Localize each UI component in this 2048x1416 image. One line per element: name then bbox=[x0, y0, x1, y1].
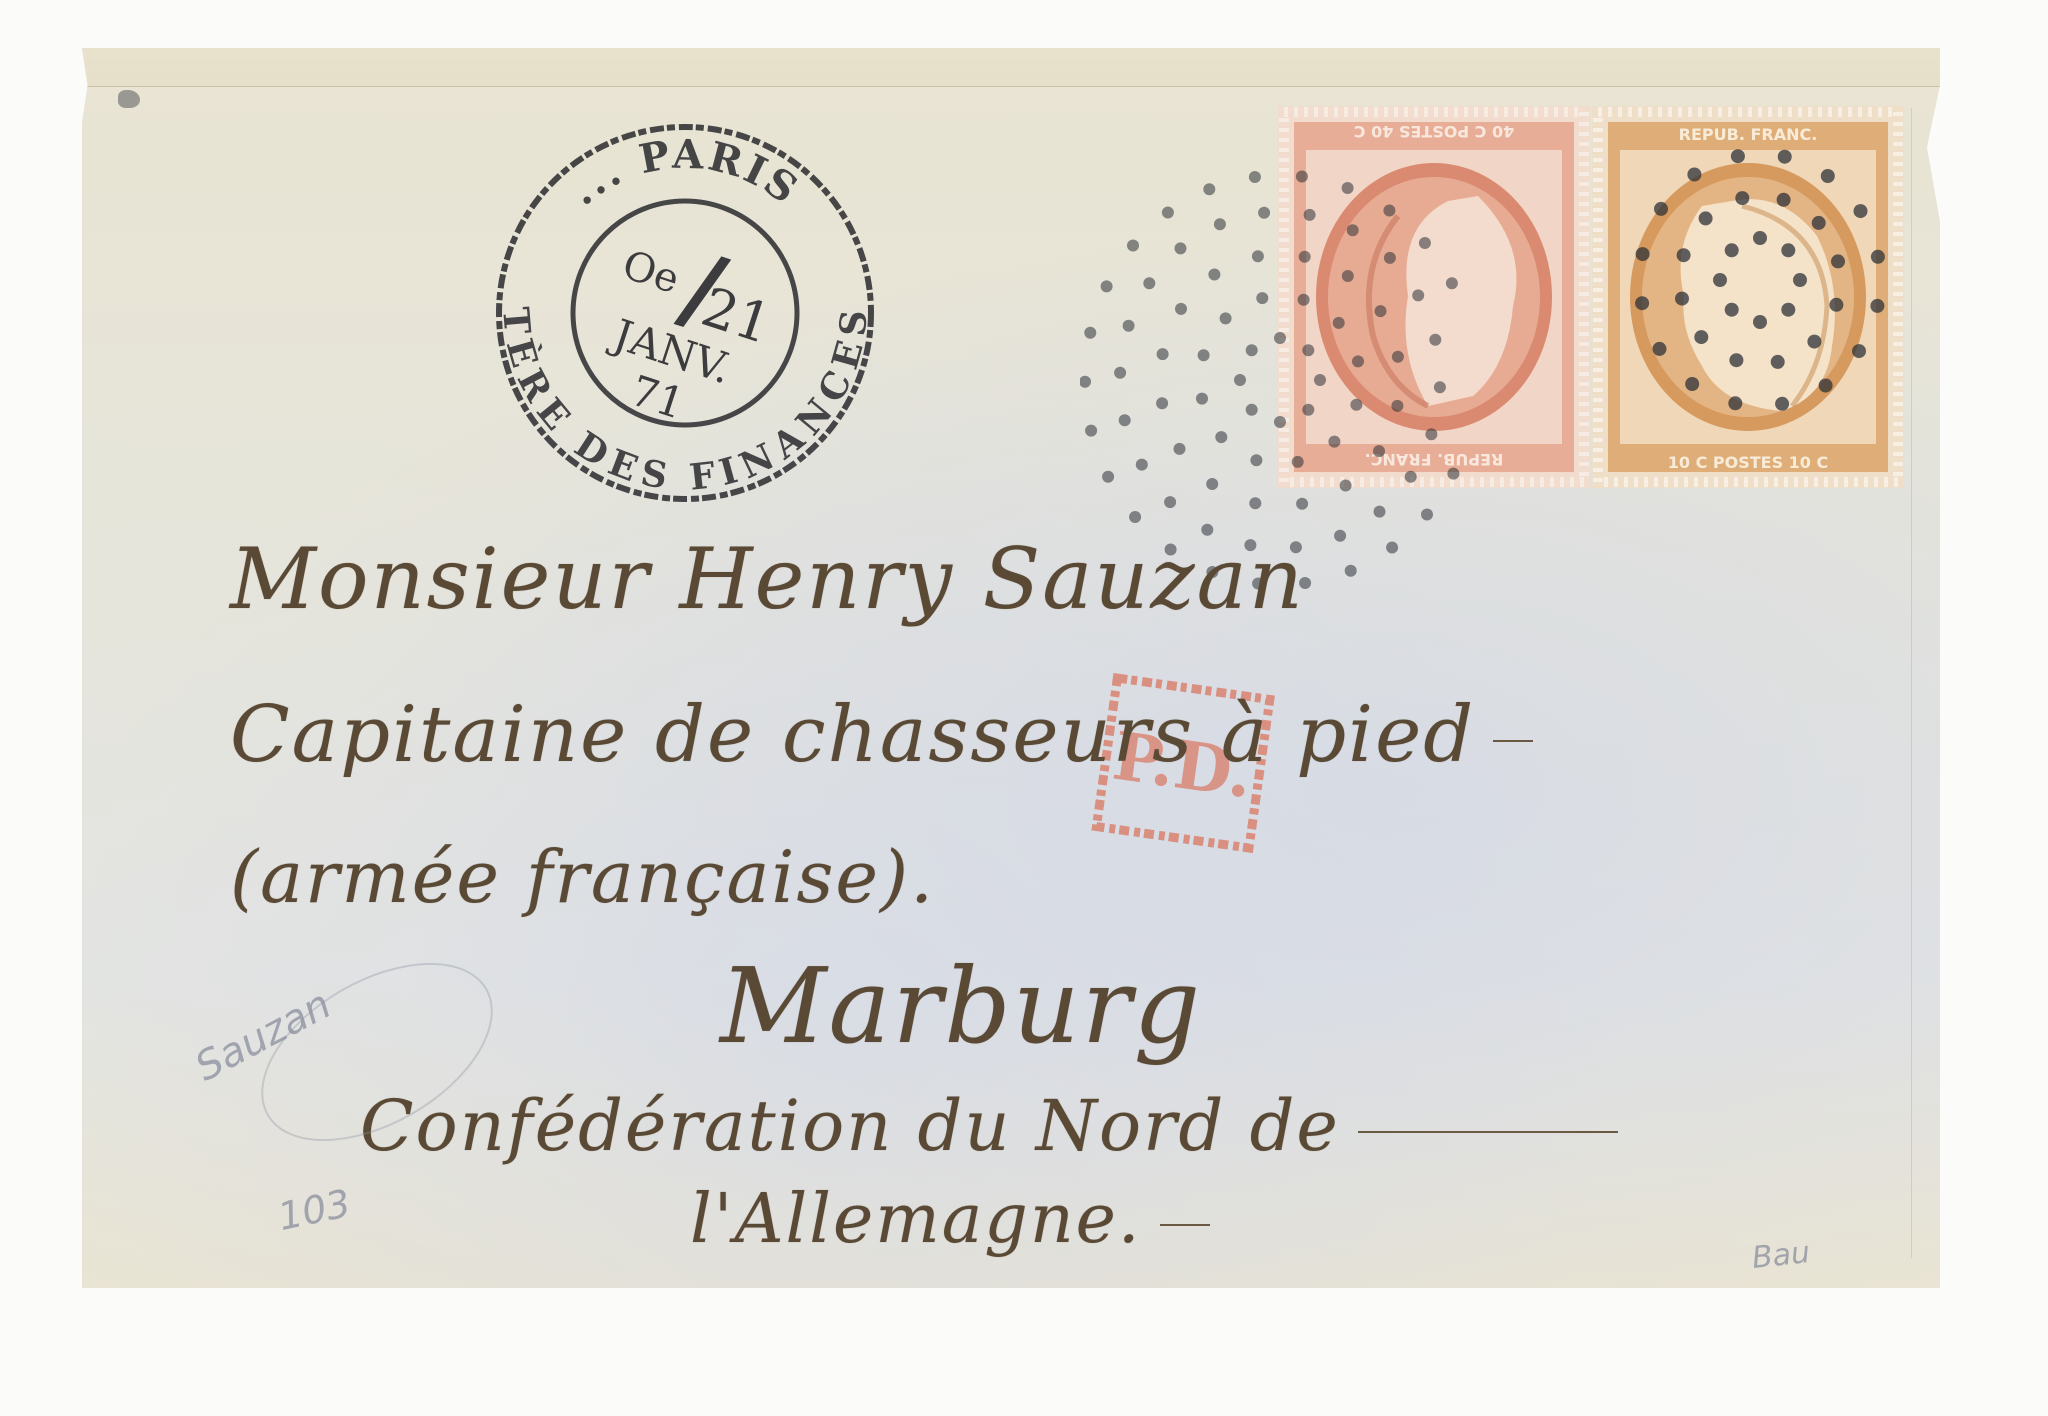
paris-date-postmark: ... PARIS TÈRE DES FINANCES Oe / 21 JANV… bbox=[490, 118, 880, 508]
red-mark-text: P.D. bbox=[1108, 717, 1257, 814]
postmark-collection: Oe bbox=[617, 242, 685, 303]
corner-ink-spot bbox=[118, 90, 140, 108]
stamp-40c-top-legend: 40 C POSTES 40 C bbox=[1354, 122, 1515, 141]
star-dot-cancel-right bbox=[1600, 130, 1930, 470]
red-pd-boxed-mark: P.D. bbox=[1087, 669, 1279, 859]
pencil-note-bottom-right: Bau bbox=[1750, 1235, 1811, 1276]
envelope-top-flap bbox=[82, 48, 1940, 87]
star-dot-cancel-left bbox=[1080, 170, 1460, 590]
